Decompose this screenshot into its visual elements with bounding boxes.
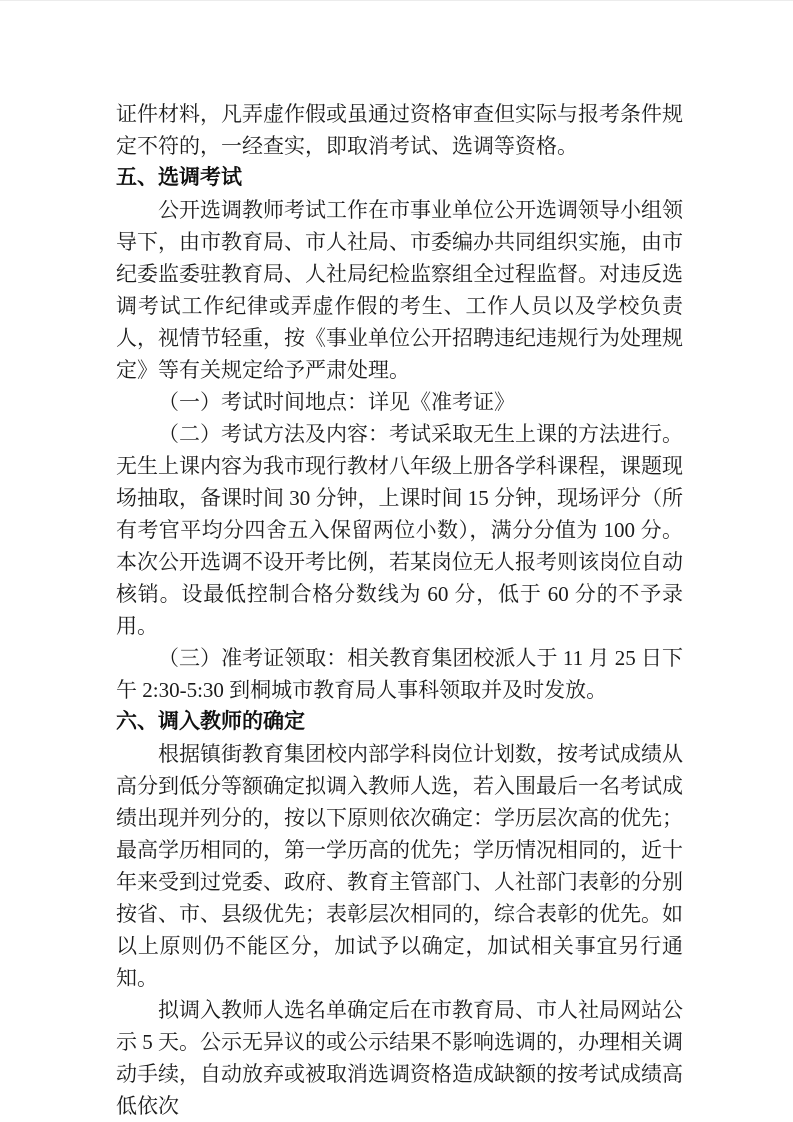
body-paragraph: （二）考试方法及内容：考试采取无生上课的方法进行。无生上课内容为我市现行教材八年… xyxy=(116,418,683,642)
document-page: 证件材料，凡弄虚作假或虽通过资格审查但实际与报考条件规定不符的，一经查实，即取消… xyxy=(0,0,793,1122)
section-heading: 六、调入教师的确定 xyxy=(116,706,683,738)
body-paragraph: 公开选调教师考试工作在市事业单位公开选调领导小组领导下，由市教育局、市人社局、市… xyxy=(116,194,683,386)
body-paragraph: （三）准考证领取：相关教育集团校派人于 11 月 25 日下午 2:30-5:3… xyxy=(116,642,683,706)
document-text: 证件材料，凡弄虚作假或虽通过资格审查但实际与报考条件规定不符的，一经查实，即取消… xyxy=(116,98,683,1122)
body-paragraph: 根据镇街教育集团校内部学科岗位计划数，按考试成绩从高分到低分等额确定拟调入教师人… xyxy=(116,738,683,994)
section-heading: 五、选调考试 xyxy=(116,162,683,194)
body-paragraph: 证件材料，凡弄虚作假或虽通过资格审查但实际与报考条件规定不符的，一经查实，即取消… xyxy=(116,98,683,162)
body-paragraph: 拟调入教师人选名单确定后在市教育局、市人社局网站公示 5 天。公示无异议的或公示… xyxy=(116,994,683,1122)
body-paragraph: （一）考试时间地点：详见《准考证》 xyxy=(116,386,683,418)
